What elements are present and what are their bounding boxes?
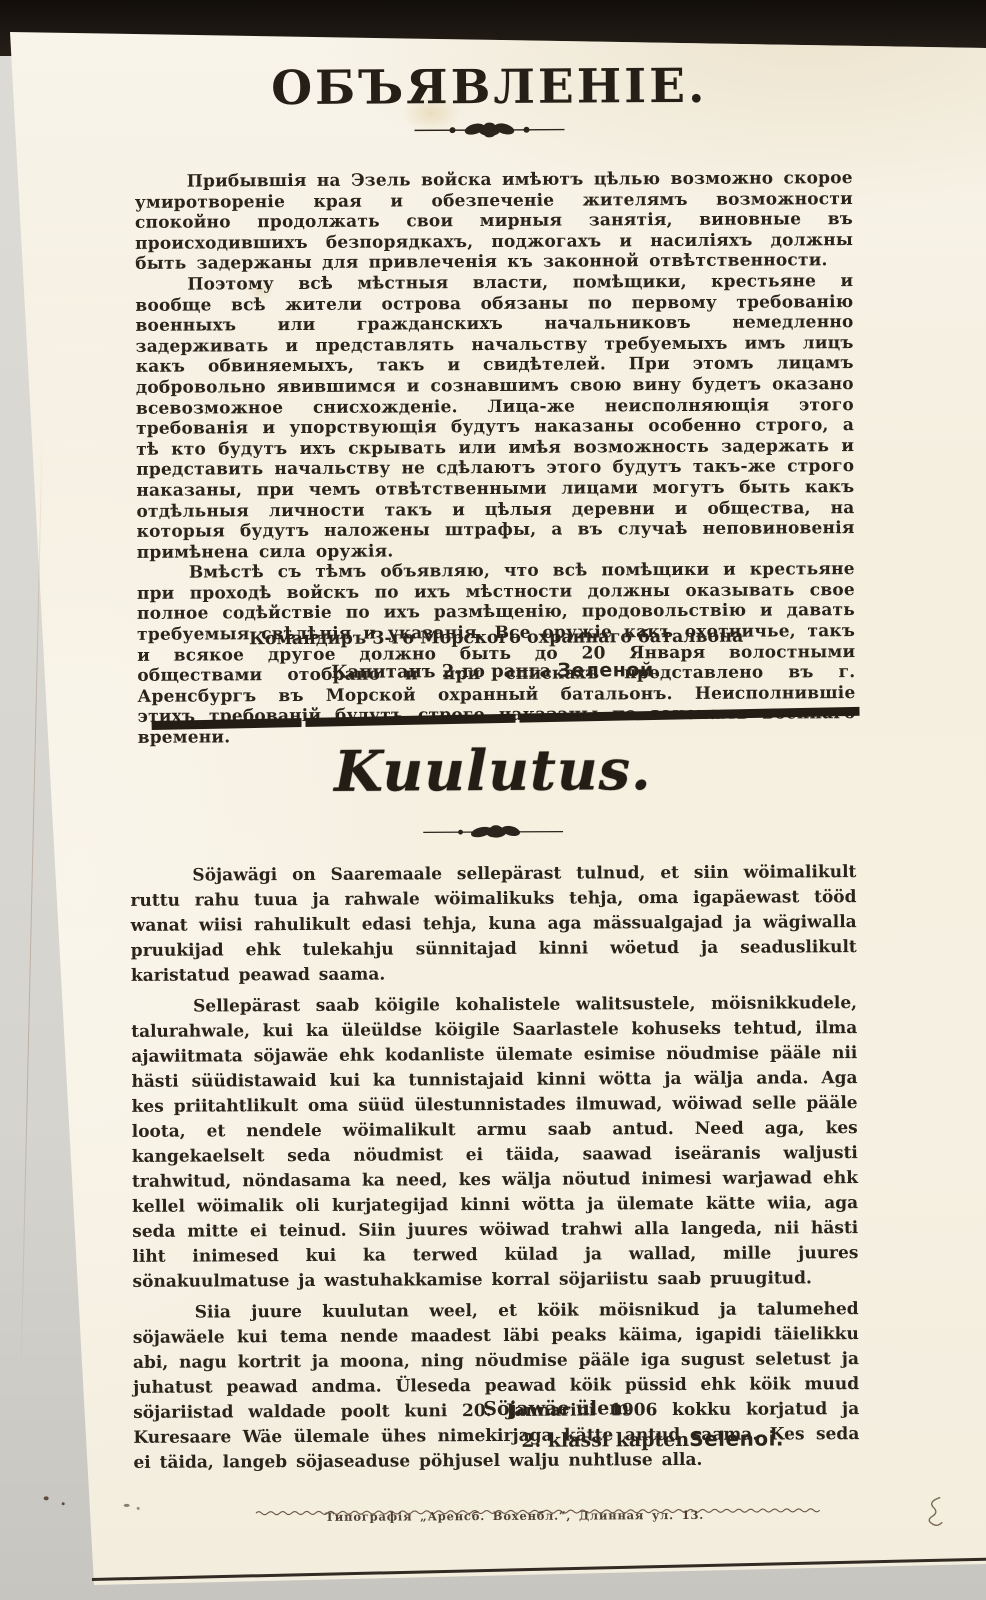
paper-crease-line — [20, 422, 43, 1382]
floral-ornament-icon — [423, 822, 563, 843]
russian-signature-name: Зеленой. — [557, 659, 661, 682]
floral-ornament-divider — [0, 117, 983, 146]
estonian-signature-rank-text: Söjawäe ülem — [483, 1397, 629, 1420]
estonian-paragraph: Söjawägi on Saaremaale sellepärast tulnu… — [130, 860, 857, 989]
estonian-title: Kuulutus. — [0, 735, 986, 806]
ink-speck — [44, 1496, 49, 1500]
ink-speck — [124, 1504, 130, 1507]
russian-paragraph: Прибывшія на Эзель войска имѣютъ цѣлью в… — [135, 168, 854, 275]
estonian-signature-name: Selenoi. — [689, 1426, 784, 1450]
estonian-signature-rank-line: Söjawäe ülem — [133, 1396, 859, 1422]
russian-signature-name-line: Капитанъ 2-го ранга Зеленой. — [137, 658, 855, 684]
scanned-proclamation-page: ОБЪЯВЛЕНІЕ. Прибывшія на Эзель войска им… — [0, 0, 986, 1600]
printer-imprint: Типографія „Аренсб. Вохенбл.”, Длинная у… — [40, 1506, 986, 1525]
handwritten-mark — [920, 1494, 948, 1530]
estonian-signature-name-line: 2. klassi kapten Selenoi. — [133, 1426, 859, 1454]
ink-speck — [62, 1502, 65, 1505]
russian-paragraph: Поэтому всѣ мѣстныя власти, помѣщики, кр… — [135, 271, 854, 563]
russian-title: ОБЪЯВЛЕНІЕ. — [0, 57, 982, 117]
floral-ornament-icon — [414, 120, 564, 141]
russian-signature-prefix: Капитанъ 2-го ранга — [331, 661, 557, 683]
estonian-paragraph: Sellepärast saab köigile kohalistele wal… — [131, 991, 859, 1295]
document-content: ОБЪЯВЛЕНІЕ. Прибывшія на Эзель войска им… — [0, 0, 986, 1600]
russian-signature-rank-line: Командиръ 3-го Морского охраннаго баталь… — [137, 626, 855, 650]
estonian-text-block: Söjawägi on Saaremaale sellepärast tulnu… — [130, 860, 859, 1482]
ink-speck — [137, 1507, 140, 1510]
estonian-signature-prefix: 2. klassi kapten — [521, 1429, 689, 1452]
floral-ornament-divider — [0, 819, 986, 848]
handwritten-squiggle-icon — [920, 1494, 948, 1530]
